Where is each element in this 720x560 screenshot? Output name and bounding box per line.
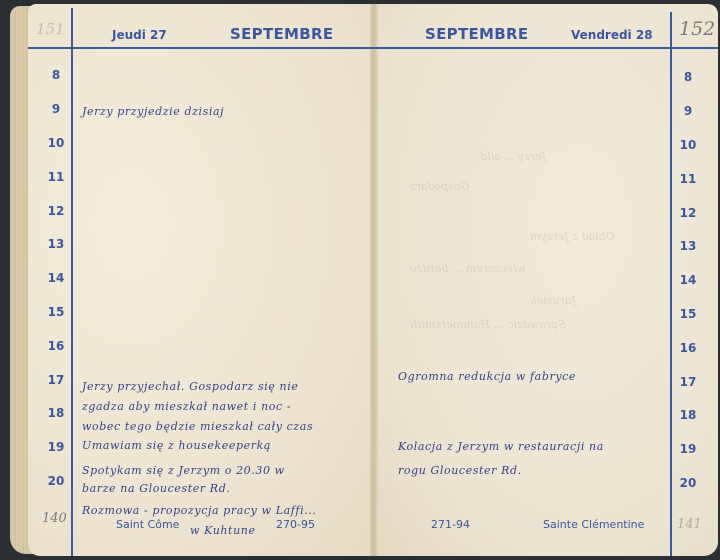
page-number-top-right: 152 — [679, 18, 715, 40]
header-rule — [28, 47, 718, 49]
handwritten-entry: Rozmowa - propozycja pracy w Laffi... — [82, 504, 317, 517]
hour-label: 10 — [41, 136, 71, 150]
hour-label: 18 — [673, 408, 703, 422]
handwritten-entry: Umawiam się z housekeeperką — [82, 439, 271, 452]
bleed-through-text: Obiad z Jerzym — [530, 230, 615, 243]
day-count-right: 271-94 — [431, 518, 470, 531]
day-label-right: Vendredi 28 — [571, 28, 653, 42]
hour-label: 17 — [41, 373, 71, 387]
hour-label: 17 — [673, 375, 703, 389]
bleed-through-text: wieczorem ... bardzo — [410, 262, 526, 275]
hour-label: 15 — [673, 307, 703, 321]
day-count-left: 270-95 — [276, 518, 315, 531]
hour-label: 16 — [41, 339, 71, 353]
bleed-through-text: Jerzy ... alld — [480, 150, 546, 163]
handwritten-entry: Spotykam się z Jerzym o 20.30 w — [82, 464, 285, 477]
hour-label: 16 — [673, 341, 703, 355]
handwritten-entry: rogu Gloucester Rd. — [398, 464, 522, 477]
bleed-through-text: Jurusiek — [530, 294, 576, 307]
month-label-right: SEPTEMBRE — [425, 25, 528, 43]
handwritten-entry: Jerzy przyjedzie dzisiaj — [82, 105, 224, 118]
page-number-bottom-left: 140 — [42, 511, 67, 526]
hour-label: 18 — [41, 406, 71, 420]
page-number-top-left: 151 — [36, 20, 65, 38]
left-margin-rule — [71, 8, 73, 556]
hour-label: 12 — [41, 204, 71, 218]
month-label-left: SEPTEMBRE — [230, 25, 333, 43]
bleed-through-text: Sprawdzić ... Hammersmith — [410, 318, 566, 331]
hour-label: 9 — [41, 102, 71, 116]
hour-label: 19 — [673, 442, 703, 456]
hour-label: 20 — [673, 476, 703, 490]
handwritten-entry: w Kuhtune — [190, 524, 256, 537]
hour-label: 14 — [41, 271, 71, 285]
hour-label: 20 — [41, 474, 71, 488]
hour-label: 8 — [673, 70, 703, 84]
hour-label: 19 — [41, 440, 71, 454]
saint-of-day-right: Sainte Clémentine — [543, 518, 644, 531]
bleed-through-text: Gospodarz — [410, 180, 469, 193]
handwritten-entry: wobec tego będzie mieszkał cały czas — [82, 420, 313, 433]
hour-label: 13 — [41, 237, 71, 251]
hour-label: 11 — [41, 170, 71, 184]
right-margin-rule — [670, 12, 672, 556]
day-label-left: Jeudi 27 — [112, 28, 167, 42]
handwritten-entry: zgadza aby mieszkał nawet i noc - — [82, 400, 291, 413]
hour-label: 13 — [673, 239, 703, 253]
hour-label: 10 — [673, 138, 703, 152]
handwritten-entry: barze na Gloucester Rd. — [82, 482, 230, 495]
handwritten-entry: Kolacja z Jerzym w restauracji na — [398, 440, 604, 453]
hour-label: 14 — [673, 273, 703, 287]
hour-label: 9 — [673, 104, 703, 118]
hour-label: 11 — [673, 172, 703, 186]
hour-label: 12 — [673, 206, 703, 220]
saint-of-day-left: Saint Côme — [116, 518, 179, 531]
handwritten-entry: Jerzy przyjechał. Gospodarz się nie — [82, 380, 298, 393]
book-gutter — [370, 4, 378, 556]
handwritten-entry: Ogromna redukcja w fabryce — [398, 370, 576, 383]
page-number-bottom-right: 141 — [677, 517, 702, 532]
hour-label: 15 — [41, 305, 71, 319]
hour-label: 8 — [41, 68, 71, 82]
open-diary: 151 Jeudi 27 SEPTEMBRE SEPTEMBRE Vendred… — [10, 4, 718, 556]
